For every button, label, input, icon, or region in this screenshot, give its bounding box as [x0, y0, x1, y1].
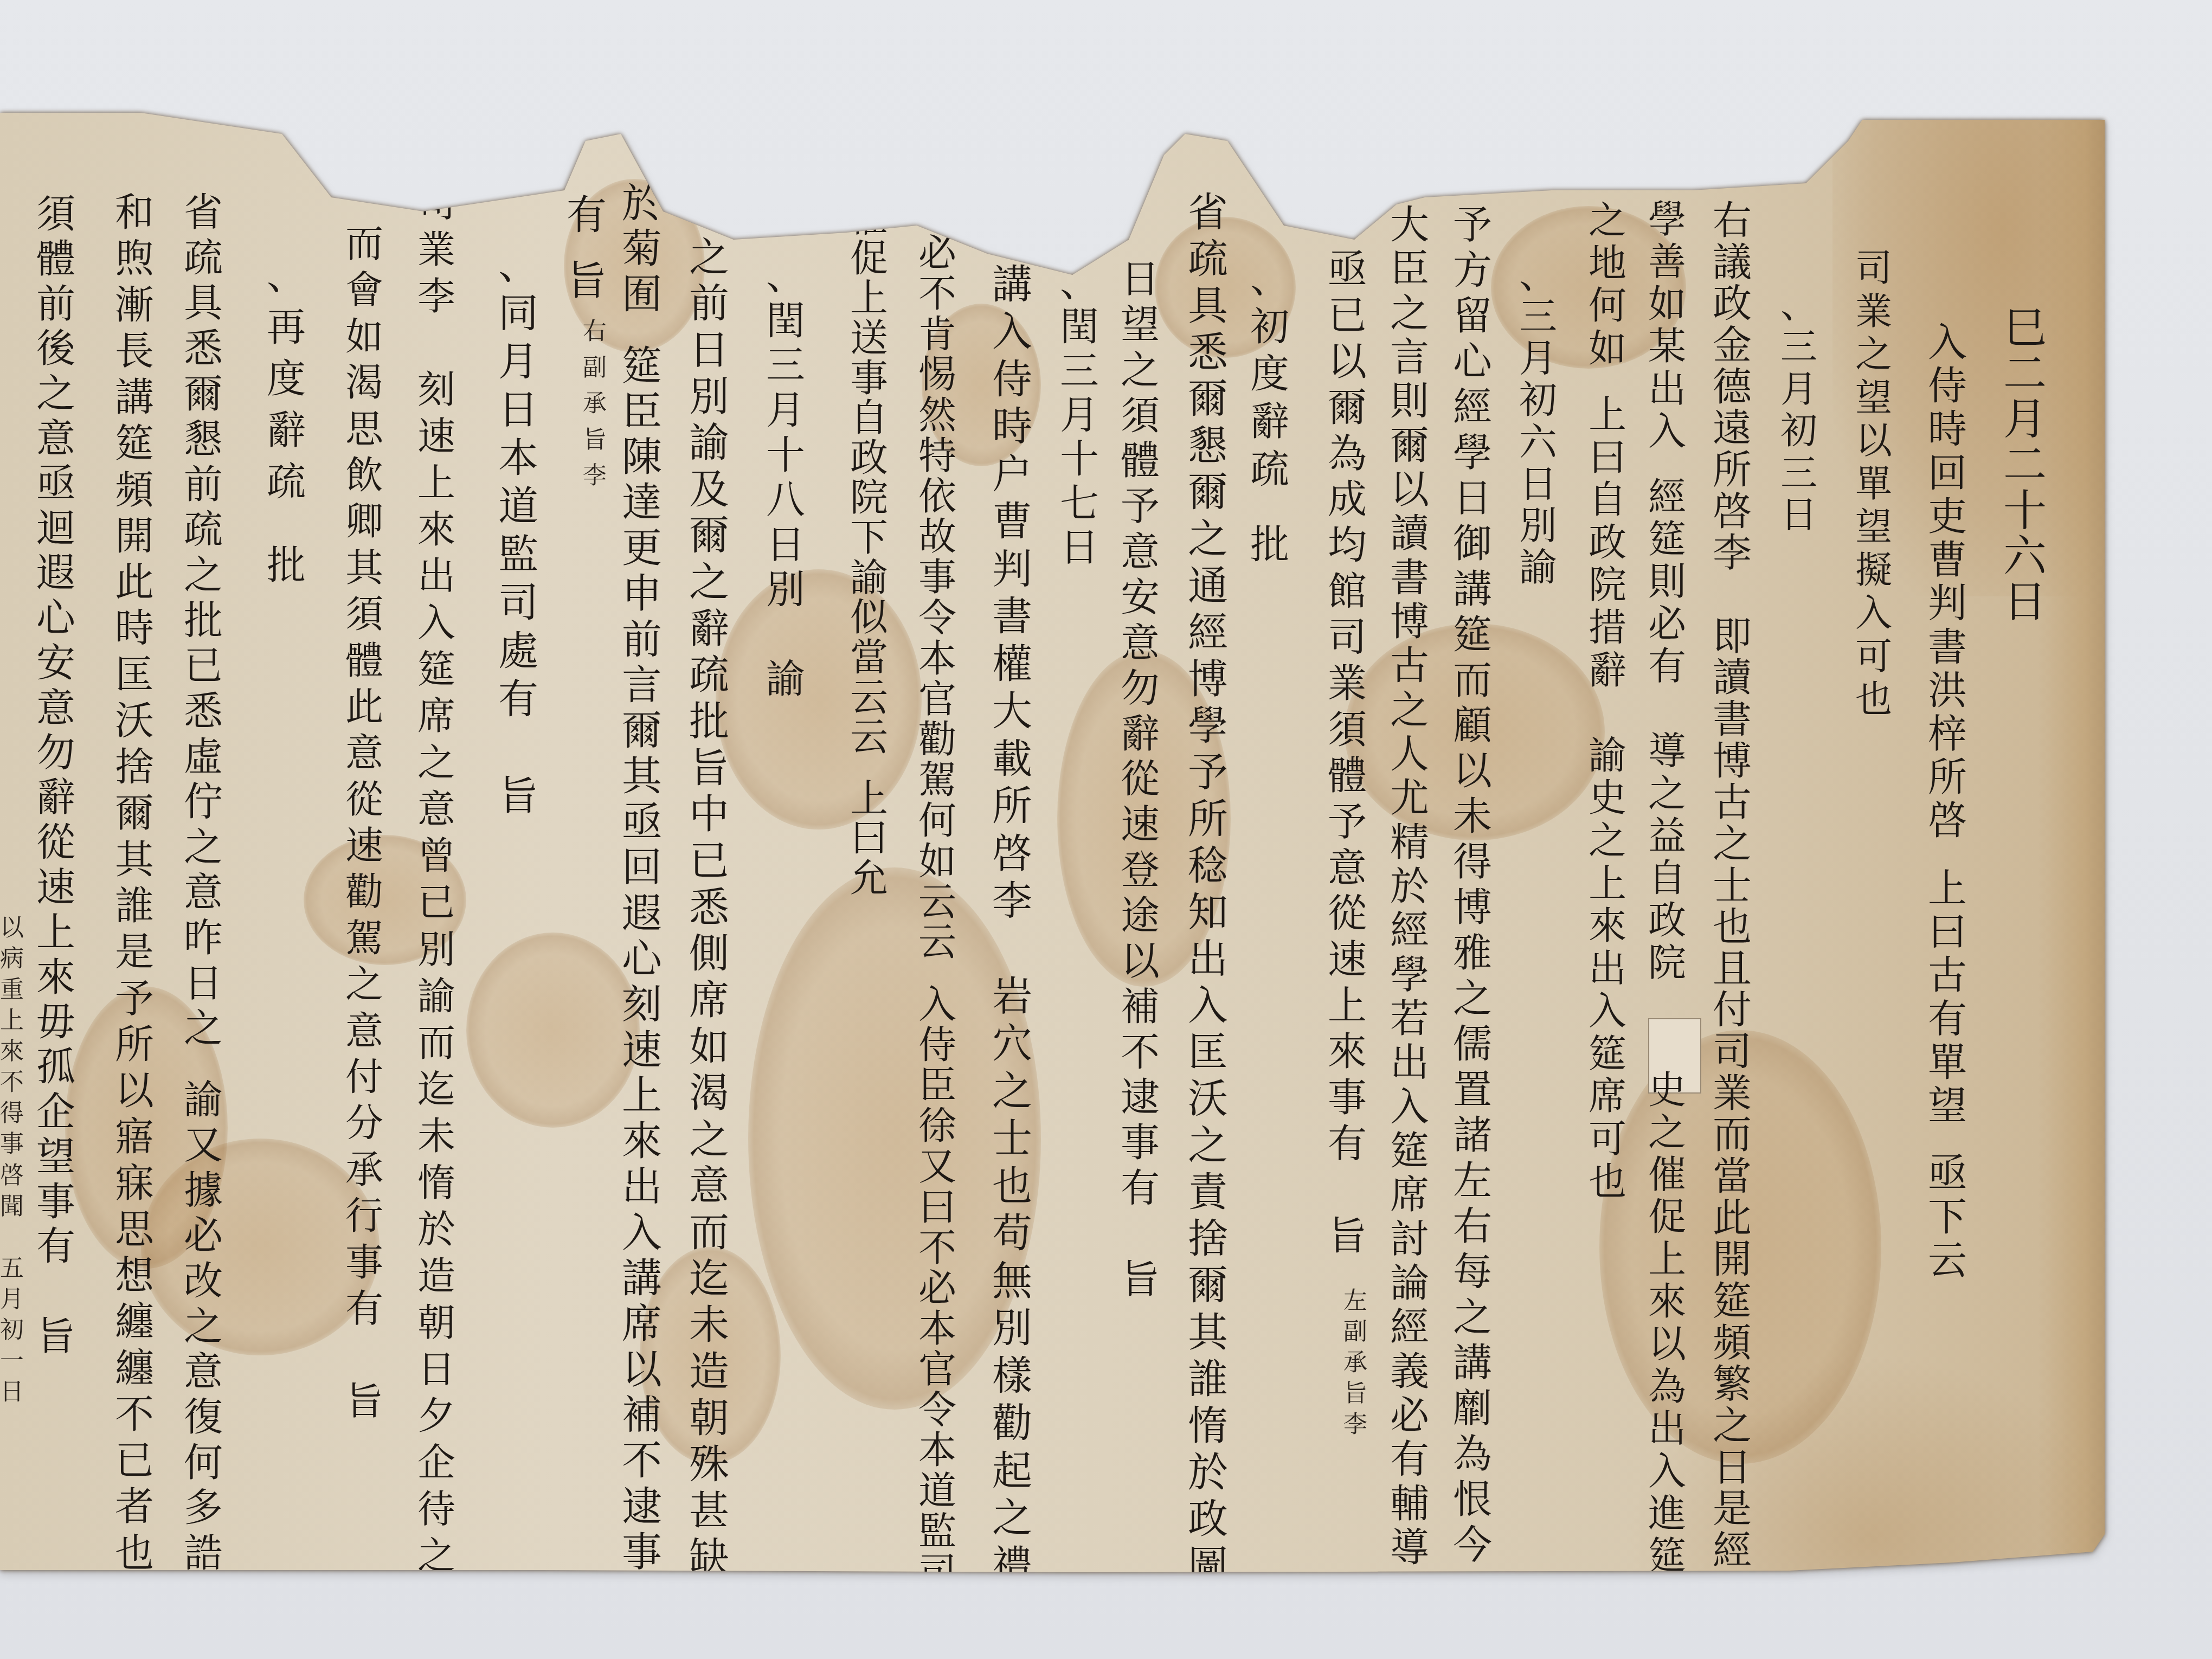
glyph: 予 — [1185, 753, 1231, 793]
glyph: 而 — [1450, 660, 1495, 699]
glyph: 疏 — [1185, 239, 1231, 279]
glyph: 其 — [343, 549, 387, 587]
glyph: 載 — [989, 739, 1035, 779]
column-gap — [264, 513, 309, 533]
glyph: 如 — [343, 318, 387, 356]
glyph: 李 — [1710, 533, 1755, 572]
glyph: 若 — [1387, 999, 1432, 1038]
glyph: 省 — [181, 192, 226, 232]
column-gap — [1248, 497, 1293, 516]
glyph: 朝 — [415, 1304, 459, 1342]
glyph: 意 — [181, 1352, 226, 1391]
glyph: 三 — [1778, 329, 1820, 366]
glyph: 事 — [34, 1182, 79, 1221]
glyph: 旨 — [686, 748, 732, 788]
glyph: 講 — [1450, 569, 1495, 608]
glyph: 然 — [916, 396, 960, 434]
glyph: 初 — [1516, 381, 1560, 419]
glyph: 已 — [415, 884, 459, 922]
glyph: 出 — [415, 557, 459, 595]
glyph: 惰 — [415, 1164, 459, 1202]
glyph: 穴 — [989, 1024, 1035, 1064]
glyph: 出 — [1645, 1410, 1689, 1448]
glyph: 批 — [686, 702, 732, 742]
glyph: 進 — [1645, 1495, 1689, 1533]
glyph: 遐 — [34, 553, 79, 592]
glyph: 缺 — [686, 1538, 732, 1578]
glyph: 入 — [415, 604, 459, 642]
glyph: 入 — [1645, 1452, 1689, 1490]
glyph: 得 — [1450, 842, 1495, 881]
glyph: 左 — [1450, 1161, 1495, 1200]
glyph: 來 — [0, 1040, 25, 1064]
glyph: 來 — [34, 957, 79, 996]
glyph: 心 — [1450, 342, 1495, 381]
glyph: 不 — [916, 1229, 960, 1267]
glyph: 飲 — [343, 456, 387, 494]
glyph: 月 — [763, 390, 808, 429]
glyph: 不 — [112, 1394, 157, 1433]
glyph: 特 — [916, 437, 960, 475]
text-column: 之地何如上曰自政院措辭諭史之上來出入筵席可也 — [1585, 202, 1630, 1201]
glyph: 體 — [1325, 756, 1370, 795]
glyph: 、 — [1248, 259, 1293, 298]
glyph: 云 — [1925, 1240, 1970, 1279]
text-column: 右議政金德遠所啓李即讀書博古之士也且付司業而當此開筵頻繁之日是經 — [1709, 201, 1756, 1570]
glyph: 付 — [1710, 990, 1755, 1029]
glyph: 苟 — [989, 1213, 1035, 1253]
glyph: 前 — [181, 465, 226, 504]
glyph: 度 — [1248, 354, 1293, 393]
glyph: 臣 — [916, 1066, 960, 1104]
glyph: 大 — [1387, 205, 1432, 244]
glyph: 速 — [1118, 805, 1163, 844]
glyph: 曰 — [916, 1188, 960, 1226]
glyph: 筵 — [1586, 1035, 1630, 1073]
glyph: 日 — [1778, 497, 1820, 534]
glyph: 未 — [1450, 796, 1495, 835]
glyph: 之 — [181, 827, 226, 866]
glyph: 思 — [343, 410, 387, 448]
glyph: 來 — [619, 1121, 665, 1161]
glyph: 出 — [1645, 370, 1689, 408]
date-heading: 、閏三月十七日 — [1056, 263, 1103, 567]
glyph: 筵 — [1645, 520, 1689, 558]
glyph: 徐 — [916, 1107, 960, 1145]
glyph: 當 — [847, 639, 891, 677]
section-heading: 、初度辭疏批 — [1246, 259, 1293, 564]
glyph: 曰 — [1925, 912, 1970, 951]
glyph: 再 — [264, 307, 309, 346]
glyph: 啓 — [1925, 801, 1970, 840]
glyph: 速 — [34, 867, 79, 906]
glyph: 入 — [1853, 595, 1895, 632]
glyph: 匡 — [112, 655, 157, 694]
glyph: 纏 — [112, 1302, 157, 1341]
glyph: 別 — [989, 1308, 1035, 1348]
glyph: 討 — [1387, 1219, 1432, 1258]
glyph: 意 — [1325, 848, 1370, 887]
column-gap — [181, 1054, 226, 1073]
glyph: 懇 — [1185, 426, 1231, 466]
glyph: 批 — [264, 545, 309, 584]
column-gap — [1325, 1170, 1370, 1209]
glyph: 日 — [1057, 528, 1102, 567]
glyph: 以 — [1387, 470, 1432, 509]
glyph: 也 — [112, 1533, 157, 1572]
glyph: 單 — [1925, 1043, 1970, 1082]
glyph: 閏 — [1057, 307, 1102, 346]
official-signature-note: 左副承旨李 — [1341, 1289, 1369, 1437]
glyph: 博 — [1450, 888, 1495, 927]
glyph: 予 — [686, 191, 732, 231]
glyph: 諭 — [847, 559, 891, 597]
glyph: 曰 — [1586, 439, 1630, 477]
glyph: 道 — [495, 486, 541, 526]
glyph: 為 — [1645, 1368, 1689, 1406]
glyph: 疏 — [686, 655, 732, 695]
glyph: 曰 — [847, 819, 891, 857]
glyph: 從 — [34, 822, 79, 861]
glyph: 旨 — [495, 776, 541, 816]
glyph: 吏 — [1925, 497, 1970, 536]
glyph: 長 — [112, 331, 157, 370]
glyph: 月 — [1516, 339, 1560, 377]
glyph: 經 — [1645, 478, 1689, 516]
glyph: 以 — [1645, 1325, 1689, 1363]
glyph: 初 — [1248, 307, 1293, 346]
glyph: 副 — [1342, 1320, 1369, 1344]
glyph: 來 — [1586, 907, 1630, 945]
glyph: 行 — [343, 1197, 387, 1235]
glyph: 上 — [0, 1009, 25, 1033]
glyph: 晝 — [989, 217, 1035, 257]
glyph: 意 — [415, 790, 459, 828]
text-column: 學善如某出入經筵則必有導之益自政院史之催促上來以為出入進筵 — [1644, 201, 1690, 1575]
glyph: 是 — [1710, 1489, 1755, 1528]
glyph: 疏 — [181, 238, 226, 277]
glyph: 所 — [1710, 450, 1755, 489]
glyph: 義 — [1387, 1352, 1432, 1391]
glyph: 已 — [181, 646, 226, 685]
glyph: 付 — [343, 1058, 387, 1096]
glyph: 又 — [916, 1148, 960, 1186]
date-heading: 、三月初六日別諭 — [1515, 256, 1561, 587]
glyph: 於 — [1387, 866, 1432, 905]
glyph: 御 — [1450, 524, 1495, 563]
glyph: 具 — [181, 283, 226, 322]
glyph: 、 — [1057, 263, 1102, 302]
glyph: 意 — [343, 1012, 387, 1050]
glyph: 必 — [916, 234, 960, 272]
glyph: 望 — [1118, 305, 1163, 344]
glyph: 之 — [1645, 775, 1689, 813]
glyph: 勸 — [343, 873, 387, 911]
glyph: 以 — [0, 916, 25, 940]
glyph: 補 — [619, 1395, 665, 1435]
glyph: 出 — [1387, 1043, 1432, 1082]
glyph: 講 — [112, 377, 157, 416]
column-gap — [563, 238, 609, 258]
glyph: 孤 — [34, 1047, 79, 1086]
glyph: 院 — [1645, 944, 1689, 982]
glyph: 側 — [686, 934, 732, 974]
glyph: 下 — [847, 519, 891, 557]
glyph: 得 — [0, 1102, 25, 1126]
glyph: 可 — [1853, 639, 1895, 676]
glyph: 曾 — [415, 837, 459, 875]
glyph: 户 — [989, 454, 1035, 494]
glyph: 書 — [1925, 627, 1970, 666]
glyph: 復 — [181, 1397, 226, 1436]
glyph: 承 — [343, 1151, 387, 1189]
glyph: 之 — [989, 1071, 1035, 1111]
glyph: 駕 — [916, 761, 960, 799]
glyph: 旨 — [1325, 1216, 1370, 1255]
glyph: 閏 — [763, 301, 808, 340]
glyph: 左 — [1342, 1289, 1369, 1313]
glyph: 別 — [415, 931, 459, 969]
glyph: 何 — [1586, 287, 1630, 325]
glyph: 政 — [1710, 284, 1755, 323]
glyph: 業 — [1853, 294, 1895, 331]
glyph: 諸 — [1450, 1115, 1495, 1154]
glyph: 、 — [495, 245, 541, 285]
glyph: 旨 — [1118, 1259, 1163, 1298]
glyph: 催 — [847, 200, 891, 237]
glyph: 書 — [1387, 558, 1432, 597]
text-column: 予之前日別諭及爾之辭疏批旨中已悉側席如渴之意而迄未造朝殊甚缺 — [685, 191, 733, 1578]
glyph: 之 — [1586, 202, 1630, 240]
glyph: 更 — [619, 528, 665, 568]
glyph: 速 — [619, 1030, 665, 1070]
glyph: 有 — [563, 195, 609, 235]
glyph: 月 — [2000, 397, 2050, 441]
glyph: 心 — [619, 939, 665, 979]
glyph: 院 — [847, 479, 891, 517]
glyph: 益 — [1645, 817, 1689, 855]
glyph: 造 — [686, 1352, 732, 1392]
glyph: 議 — [1710, 242, 1755, 281]
glyph: 其 — [1185, 1313, 1231, 1353]
glyph: 批 — [1248, 525, 1293, 564]
glyph: 本 — [916, 1431, 960, 1469]
glyph: 之 — [1118, 350, 1163, 389]
glyph: 別 — [1516, 507, 1560, 545]
glyph: 促 — [847, 240, 891, 278]
glyph: 之 — [181, 555, 226, 594]
glyph: 纏 — [112, 1348, 157, 1387]
glyph: 李 — [415, 278, 459, 316]
glyph: 來 — [1645, 1283, 1689, 1321]
glyph: 時 — [1925, 409, 1970, 448]
glyph: 批 — [181, 601, 226, 640]
column-gap — [1645, 986, 1689, 1024]
glyph: 疏 — [264, 462, 309, 501]
glyph: 此 — [1710, 1198, 1755, 1237]
glyph: 三 — [1778, 455, 1820, 492]
glyph: 體 — [34, 239, 79, 278]
glyph: 有 — [1645, 647, 1689, 685]
glyph: 啓 — [1710, 492, 1755, 531]
glyph: 來 — [415, 511, 459, 549]
glyph: 予 — [1118, 486, 1163, 525]
glyph: 於 — [415, 1211, 459, 1249]
glyph: 官 — [916, 1351, 960, 1388]
glyph: 筵 — [619, 346, 665, 386]
glyph: 一 — [0, 1349, 25, 1373]
glyph: 諭 — [686, 423, 732, 463]
glyph: 入 — [916, 986, 960, 1024]
glyph: 駕 — [343, 919, 387, 957]
glyph: 判 — [989, 549, 1035, 589]
glyph: 筵 — [415, 651, 459, 689]
glyph: 留 — [1450, 296, 1495, 335]
glyph: 知 — [1185, 892, 1231, 933]
glyph: 政 — [1586, 524, 1630, 562]
glyph: 也 — [1586, 1163, 1630, 1201]
glyph: 本 — [916, 1310, 960, 1348]
glyph: 樣 — [989, 1356, 1035, 1396]
glyph: 博 — [1710, 741, 1755, 780]
glyph: 昨 — [181, 918, 226, 957]
glyph: 時 — [112, 608, 157, 647]
date-heading: 、三月初三日 — [1777, 287, 1821, 534]
glyph: 事 — [343, 1244, 387, 1282]
glyph: 必 — [1387, 1396, 1432, 1435]
glyph: 予 — [1325, 802, 1370, 841]
glyph: 思 — [112, 1210, 157, 1249]
glyph: 學 — [1645, 201, 1689, 239]
glyph: 別 — [763, 570, 808, 609]
text-column: 催促上送事自政院下諭似當云云上曰允 — [846, 200, 892, 897]
glyph: 之 — [415, 1537, 459, 1575]
glyph: 望 — [34, 1137, 79, 1176]
glyph: 何 — [916, 802, 960, 840]
glyph: 菊 — [619, 229, 665, 269]
glyph: 不 — [916, 275, 960, 313]
glyph: 望 — [1853, 509, 1895, 546]
glyph: 曹 — [989, 501, 1035, 542]
glyph: 不 — [619, 1441, 665, 1481]
glyph: 申 — [619, 574, 665, 614]
glyph: 勿 — [1118, 668, 1163, 708]
glyph: 入 — [1387, 1087, 1432, 1126]
glyph: 辭 — [34, 777, 79, 816]
glyph: 方 — [1450, 250, 1495, 290]
glyph: 旨 — [343, 1382, 387, 1420]
column-gap — [1925, 845, 1970, 864]
glyph: 判 — [1925, 583, 1970, 622]
glyph: 上 — [1586, 865, 1630, 903]
glyph: 上 — [1325, 986, 1370, 1025]
glyph: 言 — [619, 665, 665, 705]
glyph: 意 — [343, 734, 387, 772]
glyph: 日 — [763, 525, 808, 564]
glyph: 前 — [619, 620, 665, 660]
glyph: 上 — [1586, 396, 1630, 434]
glyph: 事 — [1118, 1123, 1163, 1162]
glyph: 及 — [686, 470, 732, 510]
column-gap — [1118, 1214, 1163, 1253]
glyph: 會 — [343, 271, 387, 309]
column-gap — [1925, 1129, 1970, 1149]
glyph: 學 — [1387, 955, 1432, 994]
glyph: 上 — [415, 464, 459, 502]
glyph: 似 — [847, 599, 891, 636]
glyph: 十 — [1057, 439, 1102, 478]
glyph: 須 — [1118, 396, 1163, 435]
glyph: 尤 — [1387, 778, 1432, 817]
glyph: 有 — [343, 1290, 387, 1328]
glyph: 令 — [916, 599, 960, 637]
glyph: 三 — [763, 345, 808, 384]
glyph: 右 — [1710, 201, 1755, 240]
glyph: 席 — [1387, 1175, 1432, 1214]
glyph: 有 — [495, 679, 541, 719]
glyph: 重 — [0, 978, 25, 1002]
glyph: 司 — [415, 184, 459, 222]
glyph: 月 — [0, 1288, 25, 1311]
column-gap — [847, 758, 891, 777]
glyph: 侍 — [916, 1026, 960, 1064]
glyph: 精 — [1387, 822, 1432, 861]
glyph: 卿 — [343, 503, 387, 541]
glyph: 臣 — [1387, 249, 1432, 288]
glyph: 速 — [415, 417, 459, 455]
glyph: 業 — [1325, 664, 1370, 703]
glyph: 意 — [1118, 623, 1163, 662]
glyph: 旨 — [581, 428, 609, 452]
glyph: 筵 — [1645, 1537, 1689, 1575]
column-gap — [1645, 455, 1689, 474]
glyph: 梓 — [1925, 714, 1970, 753]
glyph: 此 — [343, 688, 387, 726]
paper-discoloration — [1626, 1355, 2114, 1583]
glyph: 通 — [1185, 566, 1231, 606]
text-column: 於菊囿筵臣陳達更申前言爾其亟回遐心刻速上來出入講席以補不逮事 — [618, 183, 666, 1572]
glyph: 之 — [686, 1120, 732, 1160]
glyph: 匡 — [1185, 1032, 1231, 1072]
glyph: 監 — [495, 535, 541, 575]
glyph: 勿 — [34, 733, 79, 772]
glyph: 無 — [989, 1261, 1035, 1301]
glyph: 陳 — [619, 437, 665, 477]
glyph: 亟 — [1925, 1153, 1970, 1192]
date-heading: 、同月日本道監司處有旨 — [494, 245, 542, 816]
glyph: 講 — [989, 265, 1035, 305]
glyph: 日 — [1710, 1448, 1755, 1487]
glyph: 上 — [847, 279, 891, 317]
glyph: 上 — [619, 1076, 665, 1116]
glyph: 初 — [0, 1319, 25, 1342]
glyph: 之 — [34, 374, 79, 413]
text-column: 亟已以爾為成均館司業須體予意從速上來事有旨 — [1324, 249, 1371, 1255]
glyph: 爾 — [686, 516, 732, 556]
glyph: 者 — [112, 1487, 157, 1526]
glyph: 度 — [264, 359, 309, 398]
glyph: 懇 — [181, 419, 226, 458]
glyph: 已 — [686, 841, 732, 881]
glyph: 五 — [0, 1257, 25, 1281]
glyph: 未 — [415, 1117, 459, 1155]
glyph: 從 — [1118, 759, 1163, 798]
glyph: 也 — [1853, 681, 1895, 718]
glyph: 沃 — [112, 701, 157, 740]
glyph: 博 — [1387, 602, 1432, 641]
glyph: 亟 — [1325, 249, 1370, 288]
glyph: 心 — [34, 598, 79, 637]
